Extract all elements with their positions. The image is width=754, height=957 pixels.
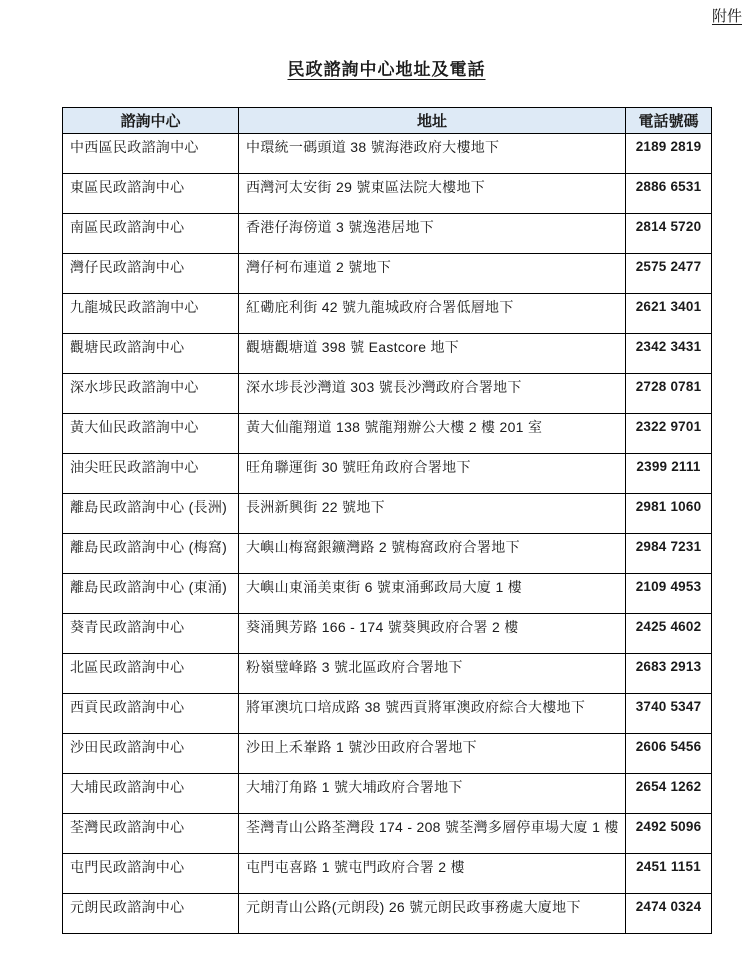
table-row: 沙田民政諮詢中心沙田上禾輋路 1 號沙田政府合署地下2606 5456 [63, 734, 712, 774]
attachment-label: 附件 [712, 5, 742, 26]
table-row: 離島民政諮詢中心 (梅窩)大嶼山梅窩銀鑛灣路 2 號梅窩政府合署地下2984 7… [63, 534, 712, 574]
phone-cell: 2606 5456 [626, 734, 712, 774]
centre-cell: 深水埗民政諮詢中心 [63, 374, 239, 414]
address-cell: 葵涌興芳路 166 - 174 號葵興政府合署 2 樓 [239, 614, 626, 654]
page-title: 民政諮詢中心地址及電話 [62, 55, 711, 80]
phone-cell: 3740 5347 [626, 694, 712, 734]
table-row: 觀塘民政諮詢中心觀塘觀塘道 398 號 Eastcore 地下2342 3431 [63, 334, 712, 374]
table-row: 葵青民政諮詢中心葵涌興芳路 166 - 174 號葵興政府合署 2 樓2425 … [63, 614, 712, 654]
phone-cell: 2425 4602 [626, 614, 712, 654]
table-row: 黃大仙民政諮詢中心黃大仙龍翔道 138 號龍翔辦公大樓 2 樓 201 室232… [63, 414, 712, 454]
centre-cell: 東區民政諮詢中心 [63, 174, 239, 214]
centre-cell: 屯門民政諮詢中心 [63, 854, 239, 894]
phone-cell: 2654 1262 [626, 774, 712, 814]
table-row: 元朗民政諮詢中心元朗青山公路(元朗段) 26 號元朗民政事務處大廈地下2474 … [63, 894, 712, 934]
address-cell: 西灣河太安街 29 號東區法院大樓地下 [239, 174, 626, 214]
table-row: 灣仔民政諮詢中心灣仔柯布連道 2 號地下2575 2477 [63, 254, 712, 294]
address-cell: 深水埗長沙灣道 303 號長沙灣政府合署地下 [239, 374, 626, 414]
centre-cell: 離島民政諮詢中心 (東涌) [63, 574, 239, 614]
address-cell: 大埔汀角路 1 號大埔政府合署地下 [239, 774, 626, 814]
address-cell: 紅磡庇利街 42 號九龍城政府合署低層地下 [239, 294, 626, 334]
table-row: 深水埗民政諮詢中心深水埗長沙灣道 303 號長沙灣政府合署地下2728 0781 [63, 374, 712, 414]
phone-cell: 2322 9701 [626, 414, 712, 454]
centre-cell: 油尖旺民政諮詢中心 [63, 454, 239, 494]
phone-cell: 2492 5096 [626, 814, 712, 854]
phone-cell: 2399 2111 [626, 454, 712, 494]
address-cell: 大嶼山梅窩銀鑛灣路 2 號梅窩政府合署地下 [239, 534, 626, 574]
address-cell: 大嶼山東涌美東街 6 號東涌郵政局大廈 1 樓 [239, 574, 626, 614]
phone-cell: 2683 2913 [626, 654, 712, 694]
address-cell: 荃灣青山公路荃灣段 174 - 208 號荃灣多層停車場大廈 1 樓 [239, 814, 626, 854]
centre-cell: 觀塘民政諮詢中心 [63, 334, 239, 374]
phone-cell: 2814 5720 [626, 214, 712, 254]
table-row: 離島民政諮詢中心 (東涌)大嶼山東涌美東街 6 號東涌郵政局大廈 1 樓2109… [63, 574, 712, 614]
centre-cell: 西貢民政諮詢中心 [63, 694, 239, 734]
address-cell: 沙田上禾輋路 1 號沙田政府合署地下 [239, 734, 626, 774]
table-row: 大埔民政諮詢中心大埔汀角路 1 號大埔政府合署地下2654 1262 [63, 774, 712, 814]
phone-cell: 2451 1151 [626, 854, 712, 894]
address-cell: 長洲新興街 22 號地下 [239, 494, 626, 534]
address-cell: 中環統一碼頭道 38 號海港政府大樓地下 [239, 134, 626, 174]
centre-cell: 元朗民政諮詢中心 [63, 894, 239, 934]
table-row: 西貢民政諮詢中心將軍澳坑口培成路 38 號西貢將軍澳政府綜合大樓地下3740 5… [63, 694, 712, 734]
phone-cell: 2886 6531 [626, 174, 712, 214]
column-header-phone: 電話號碼 [626, 108, 712, 134]
centre-cell: 南區民政諮詢中心 [63, 214, 239, 254]
centre-cell: 離島民政諮詢中心 (長洲) [63, 494, 239, 534]
phone-cell: 2621 3401 [626, 294, 712, 334]
table-row: 東區民政諮詢中心西灣河太安街 29 號東區法院大樓地下2886 6531 [63, 174, 712, 214]
table-row: 北區民政諮詢中心粉嶺璧峰路 3 號北區政府合署地下2683 2913 [63, 654, 712, 694]
address-cell: 灣仔柯布連道 2 號地下 [239, 254, 626, 294]
table-row: 荃灣民政諮詢中心荃灣青山公路荃灣段 174 - 208 號荃灣多層停車場大廈 1… [63, 814, 712, 854]
address-cell: 觀塘觀塘道 398 號 Eastcore 地下 [239, 334, 626, 374]
centre-cell: 灣仔民政諮詢中心 [63, 254, 239, 294]
phone-cell: 2474 0324 [626, 894, 712, 934]
address-cell: 元朗青山公路(元朗段) 26 號元朗民政事務處大廈地下 [239, 894, 626, 934]
table-row: 中西區民政諮詢中心中環統一碼頭道 38 號海港政府大樓地下2189 2819 [63, 134, 712, 174]
address-cell: 黃大仙龍翔道 138 號龍翔辦公大樓 2 樓 201 室 [239, 414, 626, 454]
table-header-row: 諮詢中心地址電話號碼 [63, 108, 712, 134]
address-cell: 粉嶺璧峰路 3 號北區政府合署地下 [239, 654, 626, 694]
address-cell: 香港仔海傍道 3 號逸港居地下 [239, 214, 626, 254]
centre-cell: 北區民政諮詢中心 [63, 654, 239, 694]
phone-cell: 2984 7231 [626, 534, 712, 574]
enquiry-centres-table: 諮詢中心地址電話號碼 中西區民政諮詢中心中環統一碼頭道 38 號海港政府大樓地下… [62, 107, 712, 934]
phone-cell: 2575 2477 [626, 254, 712, 294]
phone-cell: 2981 1060 [626, 494, 712, 534]
phone-cell: 2109 4953 [626, 574, 712, 614]
centre-cell: 離島民政諮詢中心 (梅窩) [63, 534, 239, 574]
phone-cell: 2342 3431 [626, 334, 712, 374]
table-row: 屯門民政諮詢中心屯門屯喜路 1 號屯門政府合署 2 樓2451 1151 [63, 854, 712, 894]
column-header-address: 地址 [239, 108, 626, 134]
address-cell: 將軍澳坑口培成路 38 號西貢將軍澳政府綜合大樓地下 [239, 694, 626, 734]
column-header-centre: 諮詢中心 [63, 108, 239, 134]
centre-cell: 大埔民政諮詢中心 [63, 774, 239, 814]
phone-cell: 2728 0781 [626, 374, 712, 414]
centre-cell: 九龍城民政諮詢中心 [63, 294, 239, 334]
centre-cell: 沙田民政諮詢中心 [63, 734, 239, 774]
table-row: 離島民政諮詢中心 (長洲)長洲新興街 22 號地下2981 1060 [63, 494, 712, 534]
table-row: 南區民政諮詢中心香港仔海傍道 3 號逸港居地下2814 5720 [63, 214, 712, 254]
centre-cell: 黃大仙民政諮詢中心 [63, 414, 239, 454]
centre-cell: 荃灣民政諮詢中心 [63, 814, 239, 854]
table-body: 中西區民政諮詢中心中環統一碼頭道 38 號海港政府大樓地下2189 2819東區… [63, 134, 712, 934]
table-row: 油尖旺民政諮詢中心旺角聯運街 30 號旺角政府合署地下2399 2111 [63, 454, 712, 494]
centre-cell: 葵青民政諮詢中心 [63, 614, 239, 654]
centre-cell: 中西區民政諮詢中心 [63, 134, 239, 174]
table-row: 九龍城民政諮詢中心紅磡庇利街 42 號九龍城政府合署低層地下2621 3401 [63, 294, 712, 334]
address-cell: 旺角聯運街 30 號旺角政府合署地下 [239, 454, 626, 494]
address-cell: 屯門屯喜路 1 號屯門政府合署 2 樓 [239, 854, 626, 894]
phone-cell: 2189 2819 [626, 134, 712, 174]
